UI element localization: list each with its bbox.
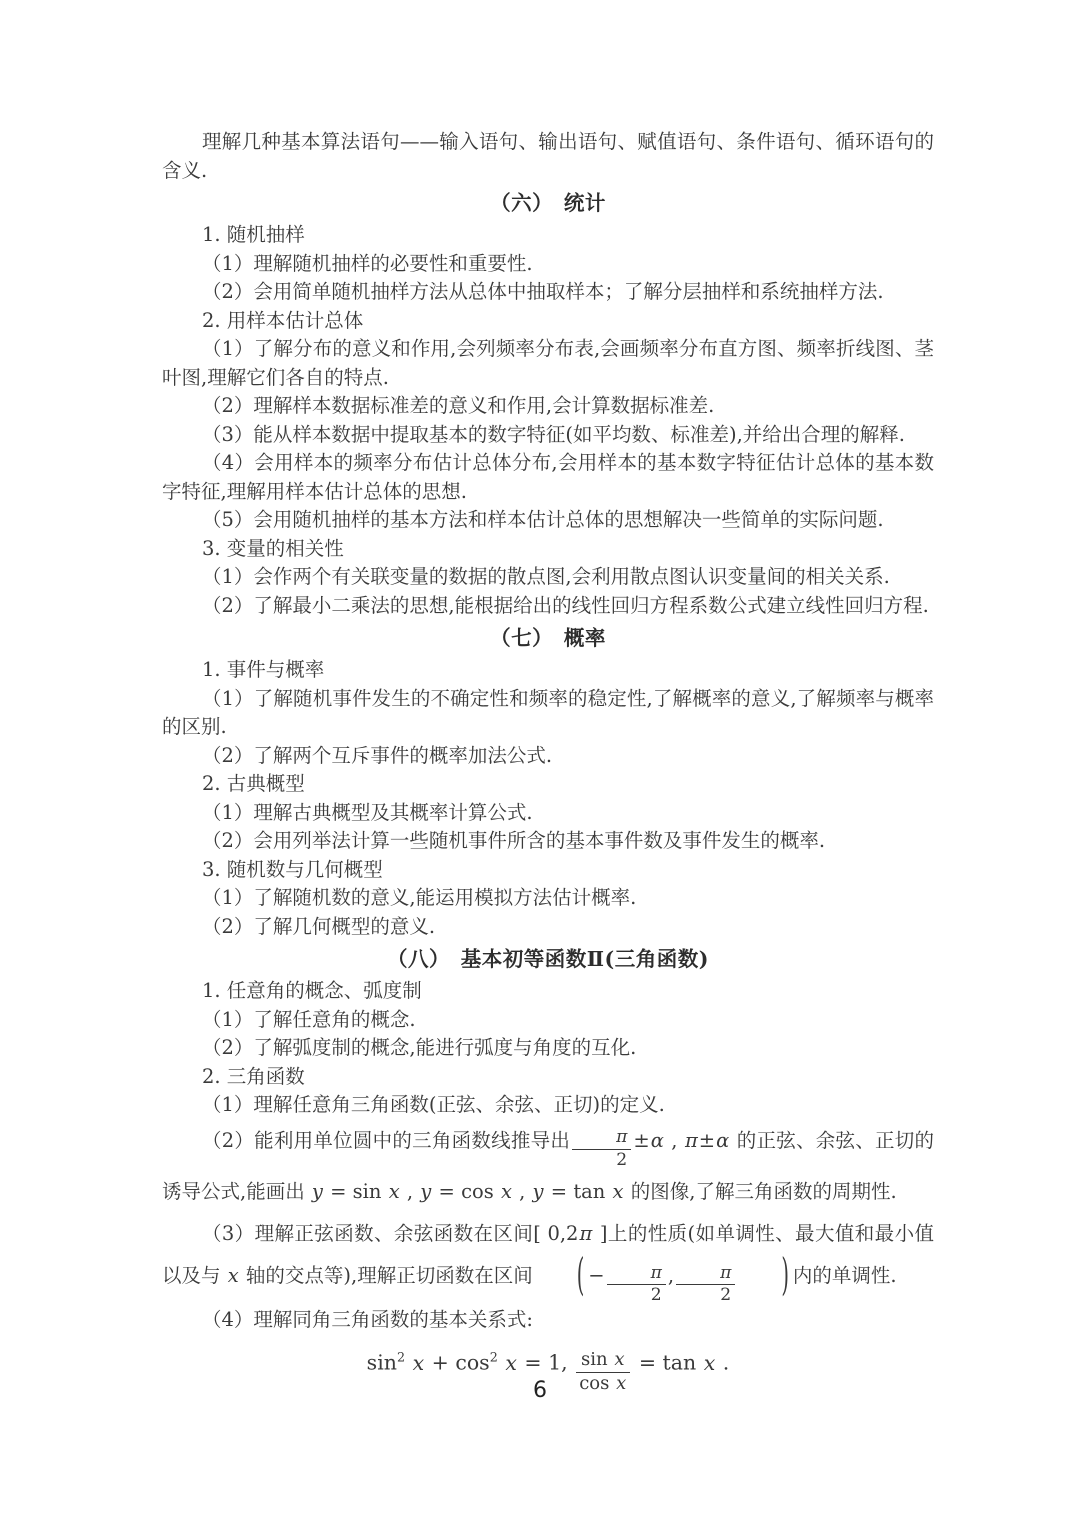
s6-t3-item-1: （1）会作两个有关联变量的数据的散点图,会利用散点图认识变量间的相关关系. xyxy=(162,563,934,592)
math-variable: x xyxy=(500,1180,513,1203)
s8-t2-item-2: （2）能利用单位圆中的三角函数线推导出π2±α , π±α 的正弦、余弦、正切的… xyxy=(162,1120,934,1213)
s8-topic-1: 1. 任意角的概念、弧度制 xyxy=(162,977,934,1006)
s7-topic-2: 2. 古典概型 xyxy=(162,770,934,799)
section-7-heading: （七） 概率 xyxy=(162,623,934,654)
big-paren: ) xyxy=(741,1228,789,1323)
s8-topic-2: 2. 三角函数 xyxy=(162,1063,934,1092)
math-variable: x xyxy=(613,1349,625,1370)
superscript: 2 xyxy=(397,1350,405,1365)
page-number: 6 xyxy=(0,1378,1080,1403)
fraction: π2 xyxy=(607,1264,666,1306)
document-content: 理解几种基本算法语句——输入语句、输出语句、赋值语句、条件语句、循环语句的含义.… xyxy=(162,128,934,1395)
s7-t3-item-2: （2）了解几何概型的意义. xyxy=(162,913,934,942)
s7-t3-item-1: （1）了解随机数的意义,能运用模拟方法估计概率. xyxy=(162,884,934,913)
s8-t2-item-1: （1）理解任意角三角函数(正弦、余弦、正切)的定义. xyxy=(162,1091,934,1120)
s6-t1-item-1: （1）理解随机抽样的必要性和重要性. xyxy=(162,250,934,279)
s7-topic-1: 1. 事件与概率 xyxy=(162,656,934,685)
s6-t2-item-4: （4）会用样本的频率分布估计总体分布,会用样本的基本数字特征估计总体的基本数字特… xyxy=(162,449,934,506)
math-variable: y xyxy=(311,1180,324,1203)
math-variable: x xyxy=(227,1264,240,1287)
s6-t2-item-3: （3）能从样本数据中提取基本的数字特征(如平均数、标准差),并给出合理的解释. xyxy=(162,421,934,450)
section-6-heading: （六） 统计 xyxy=(162,188,934,219)
document-page: 理解几种基本算法语句——输入语句、输出语句、赋值语句、条件语句、循环语句的含义.… xyxy=(0,0,1080,1527)
s6-t2-item-5: （5）会用随机抽样的基本方法和样本估计总体的思想解决一些简单的实际问题. xyxy=(162,506,934,535)
s8-t1-item-1: （1）了解任意角的概念. xyxy=(162,1006,934,1035)
math-variable: α xyxy=(715,1129,730,1152)
fraction: π2 xyxy=(676,1264,735,1306)
fraction: π2 xyxy=(572,1128,631,1170)
section-8-heading: （八） 基本初等函数Ⅱ(三角函数) xyxy=(162,944,934,975)
math-variable: π xyxy=(615,1127,628,1147)
intro-paragraph: 理解几种基本算法语句——输入语句、输出语句、赋值语句、条件语句、循环语句的含义. xyxy=(162,128,934,185)
math-variable: x xyxy=(412,1351,426,1375)
s6-t2-item-2: （2）理解样本数据标准差的意义和作用,会计算数据标准差. xyxy=(162,392,934,421)
math-variable: x xyxy=(388,1180,401,1203)
s6-t2-item-1: （1）了解分布的意义和作用,会列频率分布表,会画频率分布直方图、频率折线图、茎叶… xyxy=(162,335,934,392)
s7-t1-item-1: （1）了解随机事件发生的不确定性和频率的稳定性,了解概率的意义,了解频率与概率的… xyxy=(162,685,934,742)
s8-t2-item-3: （3）理解正弦函数、余弦函数在区间[ 0,2π ]上的性质(如单调性、最大值和最… xyxy=(162,1213,934,1306)
math-variable: π xyxy=(719,1263,732,1283)
s6-topic-2: 2. 用样本估计总体 xyxy=(162,307,934,336)
big-paren: ( xyxy=(537,1228,585,1323)
math-variable: x xyxy=(504,1351,518,1375)
s6-t1-item-2: （2）会用简单随机抽样方法从总体中抽取样本；了解分层抽样和系统抽样方法. xyxy=(162,278,934,307)
s7-t1-item-2: （2）了解两个互斥事件的概率加法公式. xyxy=(162,742,934,771)
math-variable: y xyxy=(419,1180,432,1203)
s7-topic-3: 3. 随机数与几何概型 xyxy=(162,856,934,885)
math-variable: x xyxy=(612,1180,625,1203)
math-variable: y xyxy=(532,1180,545,1203)
s7-t2-item-1: （1）理解古典概型及其概率计算公式. xyxy=(162,799,934,828)
s8-t1-item-2: （2）了解弧度制的概念,能进行弧度与角度的互化. xyxy=(162,1034,934,1063)
s6-topic-3: 3. 变量的相关性 xyxy=(162,535,934,564)
superscript: 2 xyxy=(490,1350,498,1365)
math-variable: x xyxy=(703,1351,717,1375)
s6-topic-1: 1. 随机抽样 xyxy=(162,221,934,250)
math-variable: π xyxy=(684,1129,699,1152)
s6-t3-item-2: （2）了解最小二乘法的思想,能根据给出的线性回归方程系数公式建立线性回归方程. xyxy=(162,592,934,621)
s7-t2-item-2: （2）会用列举法计算一些随机事件所含的基本事件数及事件发生的概率. xyxy=(162,827,934,856)
math-variable: π xyxy=(650,1263,663,1283)
math-variable: α xyxy=(650,1129,665,1152)
